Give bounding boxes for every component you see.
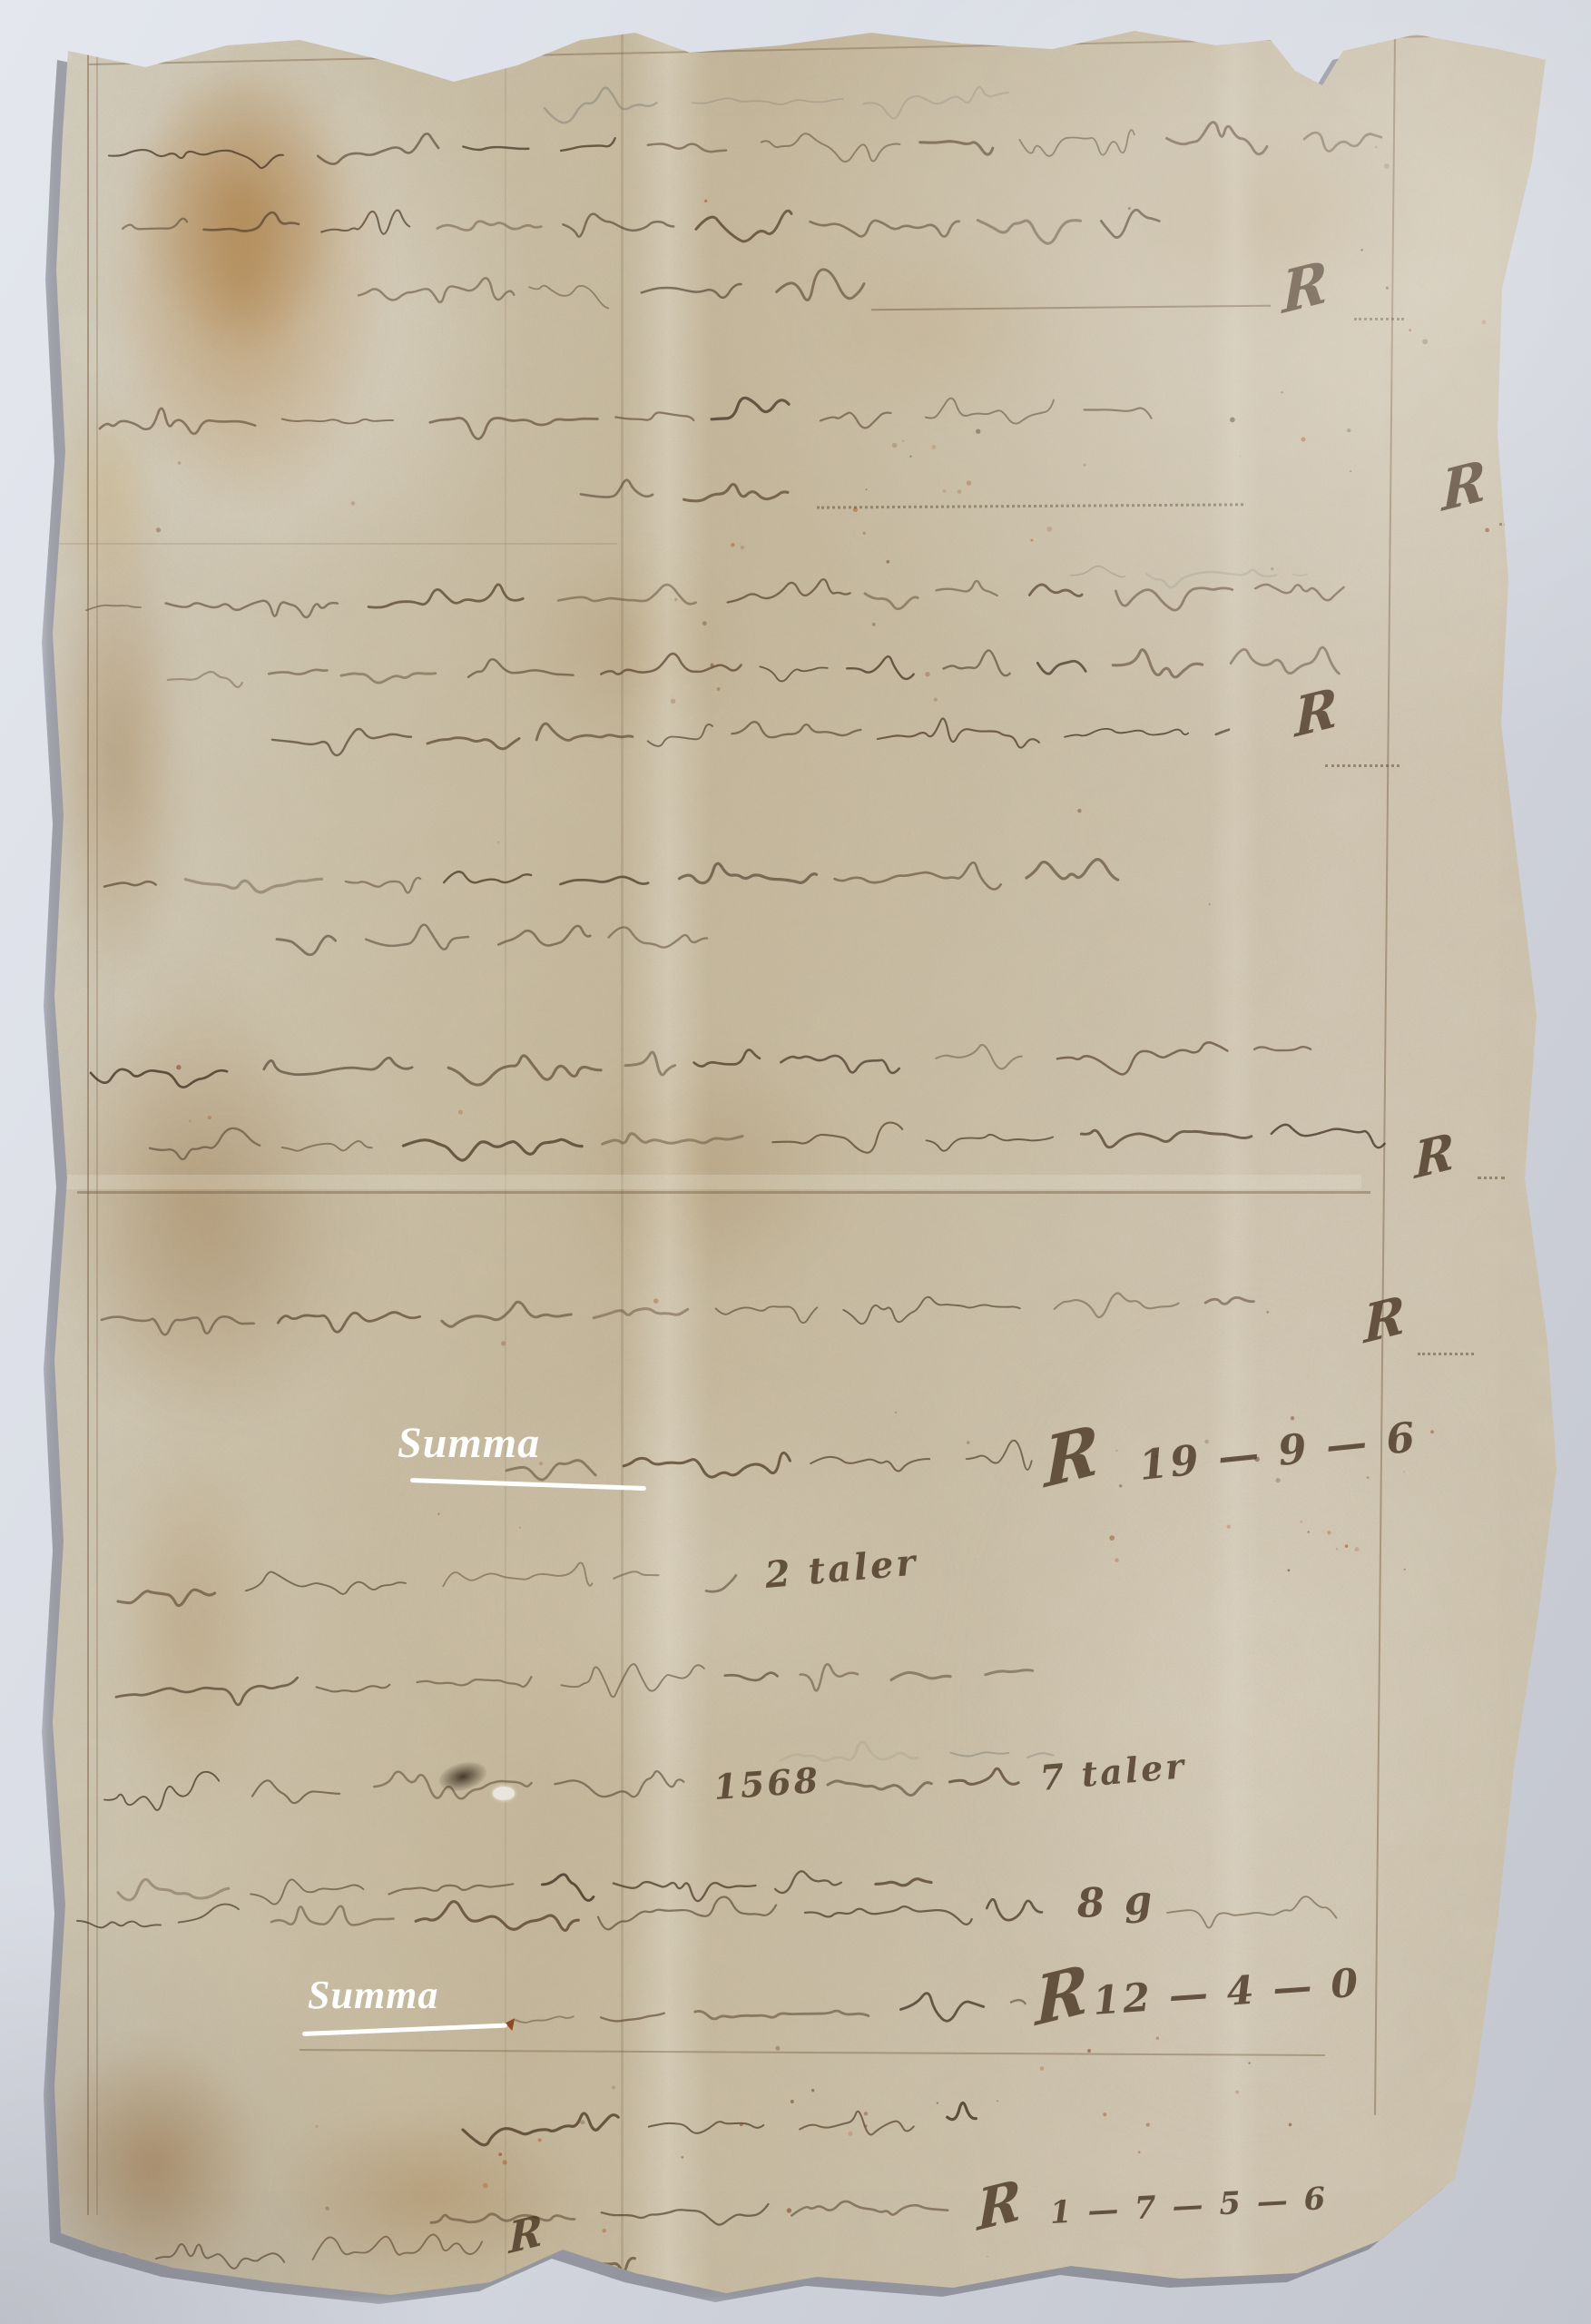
foxing-speck <box>909 456 911 458</box>
photograph-of-manuscript: 2 taler15687 taler8 g19 — 9 — 612 — 4 — … <box>0 0 1591 2324</box>
handwriting-word <box>820 413 891 428</box>
handwriting-word <box>716 1306 818 1323</box>
handwriting-word <box>760 666 827 681</box>
foxing-speck <box>1103 2112 1106 2116</box>
handwriting-word <box>594 1309 687 1318</box>
handwriting-word <box>443 1562 592 1586</box>
handwriting-word <box>150 1128 260 1159</box>
horizontal-fold-line <box>77 1191 1370 1194</box>
handwriting-word <box>431 2214 575 2222</box>
foxing-speck <box>671 699 675 704</box>
handwriting-word <box>679 863 816 882</box>
handwriting-word <box>696 211 791 241</box>
handwriting-word <box>967 1441 1032 1470</box>
foxing-speck <box>1230 418 1235 423</box>
handwriting-word <box>712 398 789 419</box>
foxing-speck <box>1404 1569 1406 1571</box>
stain <box>50 508 186 999</box>
handwriting-word <box>777 270 864 300</box>
handwriting-word <box>389 1884 514 1894</box>
foxing-speck <box>1300 1521 1302 1523</box>
foxing-speck <box>864 2124 867 2127</box>
handwriting-word <box>498 926 590 946</box>
handwriting-word <box>403 1139 582 1160</box>
florin-currency-sign: R <box>1045 1415 1099 1498</box>
foxing-speck <box>1240 456 1242 458</box>
handwriting-word <box>1115 588 1232 610</box>
handwriting-word <box>536 724 633 740</box>
summa-annotation-2: Summa <box>308 1975 438 2015</box>
handwriting-word <box>463 2113 618 2145</box>
handwriting-word <box>442 1302 571 1326</box>
handwriting-word <box>648 143 726 152</box>
foxing-speck <box>1030 539 1033 542</box>
handwriting-word <box>761 133 900 162</box>
handwriting-word <box>986 1670 1033 1675</box>
handwriting-word <box>561 1664 703 1697</box>
handwriting-word <box>835 862 1001 889</box>
handwriting-word <box>692 98 843 104</box>
vertical-fold-crease <box>1209 0 1260 2324</box>
summa-annotation-text: Summa <box>308 1973 438 2017</box>
handwriting-word <box>104 881 156 886</box>
foxing-speck <box>1248 2062 1250 2063</box>
ruled-line-bottom <box>300 2049 1325 2056</box>
handwriting-word <box>416 1902 578 1931</box>
handwriting-word <box>252 1780 339 1803</box>
handwriting-word <box>204 212 300 231</box>
handwriting-word <box>684 484 789 500</box>
handwriting-word <box>166 601 338 617</box>
handwriting-word <box>448 1056 601 1085</box>
foxing-speck <box>1227 1525 1231 1529</box>
leader-line <box>817 503 1243 508</box>
handwriting-word <box>772 1123 902 1153</box>
foxing-speck <box>1046 527 1052 532</box>
handwriting-word <box>563 214 673 237</box>
handwriting-word <box>118 1590 215 1605</box>
foxing-speck <box>1156 2037 1159 2040</box>
handwriting-word <box>102 1316 254 1334</box>
handwriting-word <box>624 1452 790 1477</box>
foxing-speck <box>1209 903 1211 905</box>
handwriting-word <box>926 399 1054 424</box>
stain <box>962 1289 1543 2142</box>
handwriting-word <box>278 1313 419 1333</box>
handwriting-word <box>156 2244 284 2269</box>
foxing-speck <box>725 1473 727 1475</box>
handwriting-word <box>950 1768 1019 1784</box>
handwriting-word <box>791 2201 948 2216</box>
handwriting-word <box>1071 566 1125 577</box>
handwriting-word <box>601 2014 664 2022</box>
foxing-speck <box>1128 207 1131 210</box>
foxing-speck <box>1235 2091 1239 2094</box>
foxing-speck <box>902 440 904 442</box>
stain <box>136 73 345 345</box>
foxing-speck <box>1291 1416 1294 1420</box>
stain <box>100 45 390 517</box>
foxing-speck <box>1347 428 1350 432</box>
florin-currency-sign: R <box>977 2172 1021 2240</box>
inked-amount: 2 taler <box>763 1541 919 1597</box>
foxing-speck <box>208 1116 211 1119</box>
foxing-speck <box>178 461 181 464</box>
foxing-speck <box>1327 1531 1331 1534</box>
inked-amount: 1568 <box>712 1759 822 1807</box>
handwriting-word <box>642 284 741 298</box>
foxing-speck <box>791 2100 794 2103</box>
foxing-speck <box>483 2183 488 2189</box>
handwriting-word <box>864 87 1008 119</box>
handwriting-word <box>602 2204 769 2225</box>
handwriting-word <box>609 927 707 947</box>
handwriting-word <box>987 1899 1042 1920</box>
handwriting-word <box>168 672 242 687</box>
handwriting-word <box>865 594 918 609</box>
stain <box>109 1434 272 1816</box>
foxing-speck <box>787 2208 791 2212</box>
foxing-speck <box>958 489 962 494</box>
foxing-speck <box>1482 320 1487 325</box>
handwriting-word <box>358 278 514 302</box>
handwriting-word <box>250 1879 363 1904</box>
handwriting-word <box>1231 647 1339 674</box>
handwriting-word <box>561 138 615 151</box>
handwriting-word <box>732 722 861 737</box>
foxing-speck <box>997 2100 998 2102</box>
handwriting-word <box>927 1135 1053 1151</box>
stain <box>1125 109 1434 345</box>
foxing-speck <box>741 546 744 549</box>
foxing-speck <box>1115 1558 1119 1562</box>
handwriting-word <box>104 1772 219 1810</box>
handwriting-word <box>368 585 523 607</box>
handwriting-word <box>86 606 141 611</box>
foxing-speck <box>704 200 707 202</box>
foxing-speck <box>717 687 721 691</box>
foxing-speck <box>1276 1478 1281 1482</box>
handwriting-word <box>91 1069 227 1088</box>
handwriting-word <box>1255 585 1343 600</box>
handwriting-word <box>601 654 741 674</box>
handwriting-word <box>847 656 914 679</box>
foxing-speck <box>580 2120 584 2124</box>
handwriting-word <box>318 133 438 163</box>
handwriting-word <box>649 2122 764 2133</box>
handwriting-word <box>555 1771 683 1797</box>
foxing-speck <box>1360 249 1363 251</box>
handwriting-word <box>346 878 420 893</box>
stain <box>508 545 744 744</box>
foxing-speck <box>1422 339 1428 344</box>
handwriting-word <box>775 1871 841 1893</box>
foxing-speck <box>1468 500 1469 502</box>
handwriting-word <box>1113 650 1202 677</box>
ink-blot <box>436 1758 490 1797</box>
foxing-speck <box>937 2102 938 2103</box>
handwriting-word <box>876 1879 931 1886</box>
foxing-speck <box>1119 1484 1122 1487</box>
foxing-speck <box>1384 163 1390 169</box>
foxing-speck <box>674 598 677 601</box>
handwriting-word <box>1011 2000 1026 2004</box>
leader-line <box>1499 523 1550 526</box>
vertical-fold-line <box>621 0 624 2324</box>
foxing-speck <box>811 2089 814 2092</box>
left-margin-rule <box>96 54 98 2215</box>
paper-surface: 2 taler15687 taler8 g19 — 9 — 612 — 4 — … <box>0 0 1591 2324</box>
foxing-speck <box>1409 329 1411 331</box>
inked-amount: 12 — 4 — 0 <box>1092 1961 1362 2024</box>
handwriting-word <box>1254 1047 1311 1050</box>
handwriting-word <box>321 211 409 234</box>
handwriting-word <box>430 418 598 438</box>
foxing-speck <box>437 1513 439 1515</box>
handwriting-word <box>77 1921 161 1927</box>
foxing-speck <box>931 445 936 449</box>
florin-currency-sign: R <box>1282 253 1328 322</box>
foxing-speck <box>848 2132 852 2136</box>
handwriting-word <box>1055 1294 1179 1317</box>
paper-chip <box>493 1787 515 1800</box>
foxing-speck <box>1040 2066 1045 2071</box>
handwriting-word <box>694 1049 760 1066</box>
handwriting-word <box>272 729 411 755</box>
leader-line <box>871 305 1271 311</box>
stain <box>272 2106 581 2279</box>
foxing-speck <box>853 507 858 512</box>
handwriting-word <box>100 409 255 434</box>
handwriting-word <box>603 1134 742 1144</box>
foxing-speck <box>653 1298 659 1304</box>
handwriting-word <box>891 1672 950 1679</box>
handwriting-word <box>1205 1297 1253 1304</box>
foxing-speck <box>967 480 971 485</box>
handwriting-word <box>417 1677 532 1687</box>
foxing-speck <box>925 672 929 676</box>
foxing-speck <box>156 527 161 532</box>
handwriting-word <box>1304 133 1381 151</box>
foxing-speck <box>176 1065 181 1069</box>
foxing-speck <box>1077 809 1081 812</box>
handwriting-word <box>614 1571 658 1578</box>
florin-currency-sign: R <box>1036 1955 1088 2036</box>
handwriting-word <box>179 1905 239 1923</box>
handwriting-word <box>977 221 1080 244</box>
handwriting-word <box>1147 570 1277 588</box>
stain <box>54 962 327 1434</box>
handwriting-word <box>1029 585 1082 596</box>
handwriting-word <box>944 650 1010 675</box>
top-margin-rule <box>89 34 1505 65</box>
stain <box>54 381 163 617</box>
handwriting-word <box>614 1882 756 1901</box>
handwriting-word <box>805 1906 972 1925</box>
foxing-speck <box>863 532 866 535</box>
foxing-speck <box>681 2156 683 2159</box>
handwriting-word <box>341 674 436 684</box>
handwriting-word <box>271 1906 394 1925</box>
handwriting-word <box>936 1045 1022 1068</box>
handwriting-word <box>545 88 656 123</box>
foxing-speck <box>503 2160 507 2164</box>
handwriting-word <box>843 1297 1020 1324</box>
stain <box>563 1044 853 1298</box>
horizontal-fold-highlight <box>54 1175 1361 1189</box>
handwriting-word <box>313 2234 482 2260</box>
left-margin-rule <box>87 36 89 2215</box>
foxing-speck <box>1375 146 1378 149</box>
handwriting-word <box>317 1685 390 1692</box>
foxing-speck <box>1087 2049 1091 2053</box>
handwriting-word <box>581 480 653 497</box>
handwriting-word <box>246 1572 406 1594</box>
handwriting-word <box>810 1457 929 1472</box>
inked-amount: 7 taler <box>1038 1745 1188 1798</box>
handwriting-word <box>615 412 693 419</box>
foxing-speck <box>866 488 868 490</box>
leader-line <box>1325 764 1399 767</box>
handwriting-word <box>277 936 336 955</box>
manuscript-paper: 2 taler15687 taler8 g19 — 9 — 612 — 4 — … <box>50 25 1557 2299</box>
handwriting-word <box>1019 130 1134 156</box>
handwriting-word <box>706 1575 736 1591</box>
foxing-speck <box>1345 1544 1348 1547</box>
foxing-speck <box>1281 391 1282 393</box>
foxing-speck <box>316 2125 319 2128</box>
foxing-speck <box>1485 528 1489 533</box>
handwriting-word <box>123 219 187 230</box>
handwriting-word <box>725 1673 778 1680</box>
foxing-speck <box>458 1110 463 1115</box>
horizontal-fold-line <box>54 543 617 545</box>
handwriting-word <box>1167 123 1268 154</box>
foxing-speck <box>1138 2151 1141 2153</box>
handwriting-word <box>781 1056 899 1073</box>
foxing-speck <box>943 489 947 493</box>
foxing-speck <box>1266 1311 1269 1314</box>
florin-currency-sign: R <box>1415 1126 1455 1187</box>
foxing-speck <box>351 501 355 505</box>
handwriting-word <box>878 719 1039 748</box>
handwriting-word <box>800 1664 859 1690</box>
foxing-speck <box>1109 1535 1115 1541</box>
foxing-speck <box>892 443 898 448</box>
foxing-speck <box>612 2086 615 2090</box>
handwriting-word <box>529 286 608 309</box>
handwriting-word <box>118 1879 229 1900</box>
handwriting-word <box>1167 1896 1337 1927</box>
handwriting-word <box>1081 1130 1252 1147</box>
foxing-speck <box>1115 1450 1117 1452</box>
foxing-speck <box>775 2046 780 2051</box>
handwriting-word <box>781 1742 918 1761</box>
handwriting-word <box>516 2016 574 2023</box>
handwriting-word <box>468 659 573 677</box>
handwriting-word <box>366 925 468 950</box>
handwriting-word <box>625 1052 675 1075</box>
foxing-speck <box>731 543 735 547</box>
foxing-speck <box>1350 470 1351 472</box>
leader-line <box>1418 1353 1474 1355</box>
foxing-speck <box>976 429 980 434</box>
foxing-speck <box>1254 1457 1260 1462</box>
handwriting-word <box>1101 210 1159 237</box>
florin-currency-sign: R <box>509 2209 543 2260</box>
foxing-speck <box>1084 464 1086 467</box>
leader-line <box>1478 1177 1505 1179</box>
florin-currency-sign: R <box>1295 680 1338 744</box>
foxing-speck <box>967 1441 970 1444</box>
foxing-speck <box>1146 2122 1150 2126</box>
inked-items-layer: 2 taler15687 taler8 g19 — 9 — 612 — 4 — … <box>0 0 1591 2324</box>
foxing-speck <box>602 2229 606 2233</box>
handwriting-word <box>728 579 850 602</box>
foxing-speck <box>538 2138 542 2142</box>
handwriting-word <box>185 879 321 892</box>
handwriting-word <box>463 147 528 150</box>
foxing-speck <box>1308 1531 1310 1532</box>
foxing-speck <box>711 664 714 667</box>
handwriting-word <box>1037 661 1085 674</box>
handwriting-word <box>900 1994 983 2022</box>
handwriting-word <box>800 2112 914 2135</box>
foxing-speck <box>497 842 499 843</box>
foxing-speck <box>1288 1569 1291 1571</box>
foxing-speck <box>702 621 707 625</box>
foxing-speck <box>501 1341 506 1345</box>
handwriting-word <box>1027 1753 1053 1758</box>
stain <box>64 36 535 617</box>
foxing-speck <box>1271 567 1273 570</box>
foxing-speck <box>872 623 876 626</box>
foxing-speck <box>579 2122 581 2123</box>
handwriting-word <box>264 1058 412 1074</box>
handwriting-word <box>1272 1125 1385 1147</box>
summa-annotation-1: Summa <box>398 1422 540 1465</box>
inked-amount: 19 — 9 — 6 <box>1136 1413 1419 1490</box>
handwriting-word <box>937 581 997 596</box>
handwriting-word <box>828 1781 931 1796</box>
foxing-speck <box>1403 1471 1405 1472</box>
foxing-speck <box>1289 2123 1292 2127</box>
handwriting-word <box>282 1141 372 1151</box>
foxing-speck <box>934 698 938 702</box>
vertical-fold-line <box>505 0 506 2324</box>
foxing-speck <box>740 2122 743 2126</box>
foxing-speck <box>326 2207 329 2211</box>
handwriting-word <box>1085 409 1152 419</box>
foxing-speck <box>864 2112 868 2115</box>
handwriting-word <box>1026 860 1118 880</box>
foxing-speck <box>1354 1547 1359 1551</box>
florin-currency-sign: R <box>1364 1289 1405 1352</box>
handwriting-word <box>427 738 519 749</box>
inked-amount: 1 — 7 — 5 — 6 <box>1049 2181 1329 2231</box>
handwriting-word <box>437 222 541 231</box>
foxing-speck <box>1301 437 1305 441</box>
foxing-speck <box>1367 1476 1370 1479</box>
handwriting-word <box>810 221 959 237</box>
handwriting-word <box>920 142 993 154</box>
foxing-speck <box>519 1527 521 1529</box>
handwriting-word <box>109 150 283 168</box>
paper-texture <box>0 0 1591 2324</box>
handwriting-word <box>269 670 327 675</box>
leader-line <box>1354 318 1404 320</box>
handwriting-word <box>116 1678 298 1705</box>
